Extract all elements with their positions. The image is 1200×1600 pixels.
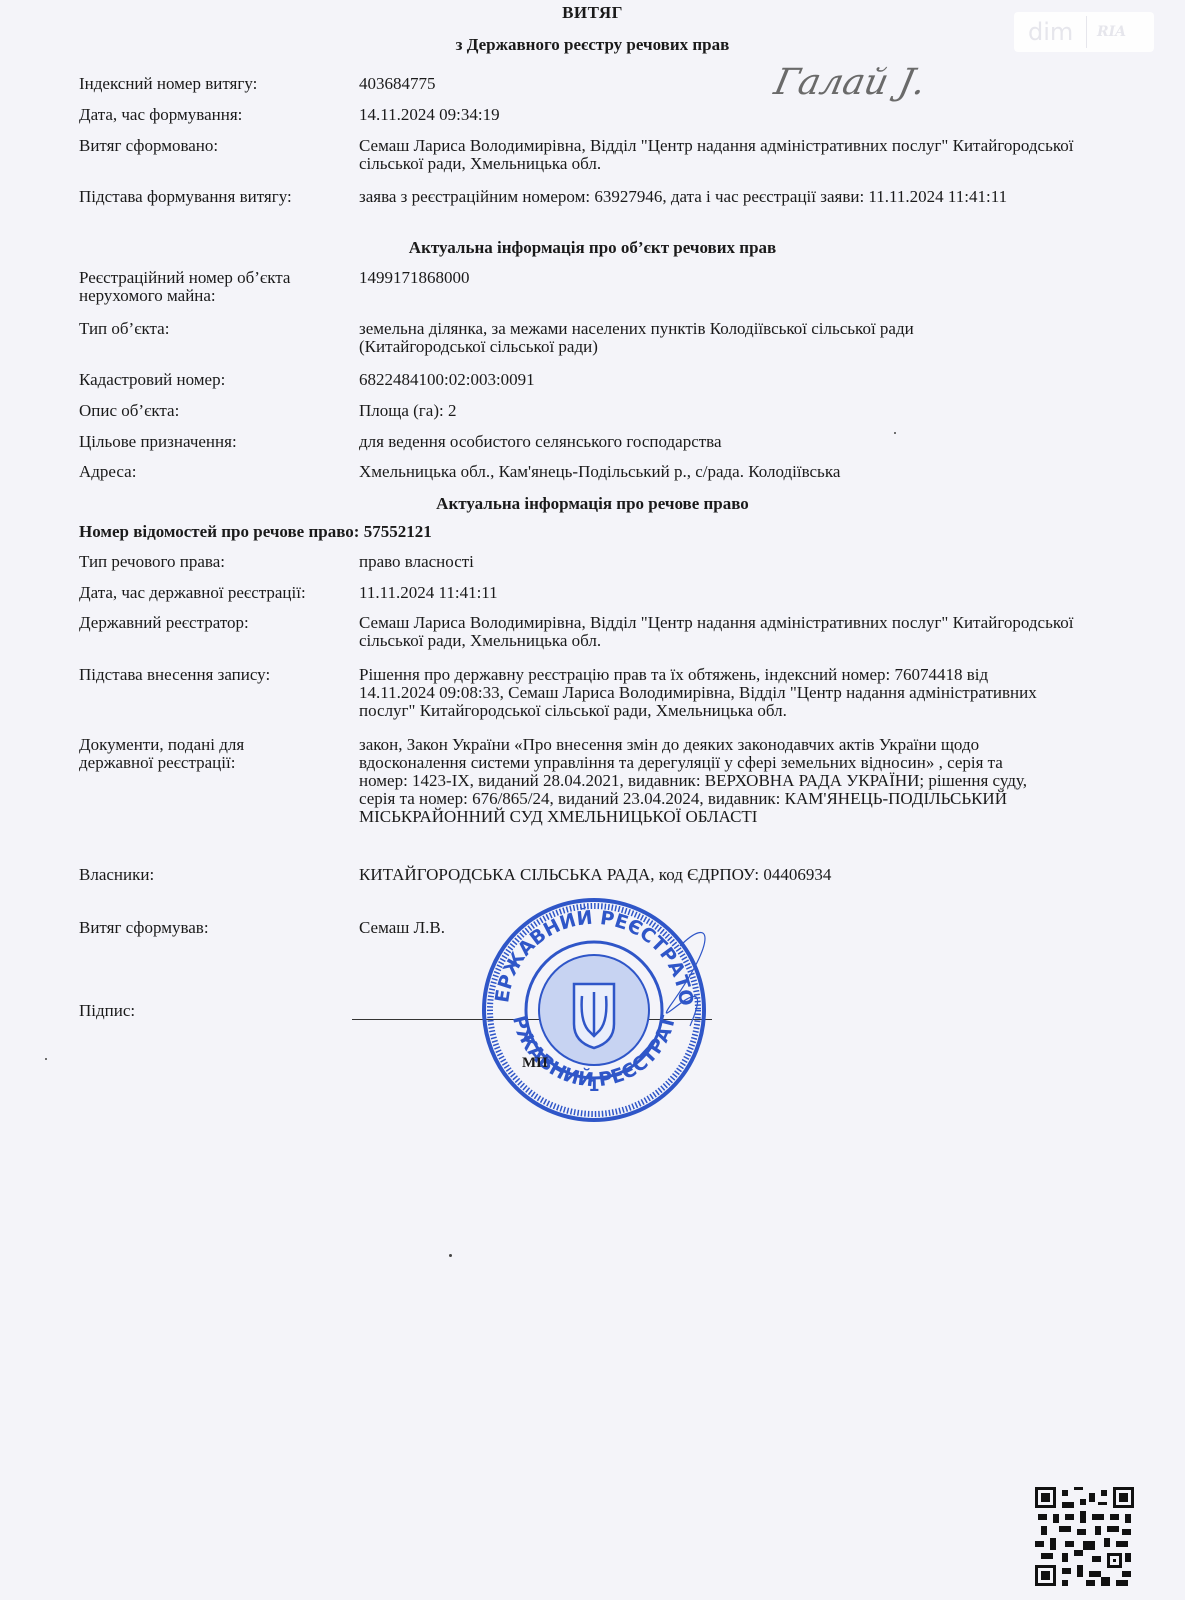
field-value: 6822484100:02:003:0091 — [359, 371, 1119, 389]
speck — [894, 432, 896, 434]
field-value: Семаш Лариса Володимирівна, Відділ "Цент… — [359, 614, 1119, 650]
svg-text:1: 1 — [588, 1076, 599, 1095]
field-label: Документи, подані для державної реєстрац… — [79, 736, 299, 772]
speck — [449, 1254, 452, 1257]
field-label: Цільове призначення: — [79, 433, 349, 451]
scan-edge — [1185, 0, 1200, 1600]
field-label: Дата, час державної реєстрації: — [79, 584, 349, 602]
field-value: Хмельницька обл., Кам'янець-Подільський … — [359, 463, 1119, 481]
formed-by-value: Семаш Л.В. — [359, 919, 1119, 937]
field-value: Семаш Лариса Володимирівна, Відділ "Цент… — [359, 137, 1119, 173]
field-value: 403684775 — [359, 75, 1119, 93]
field-value: 11.11.2024 11:41:11 — [359, 584, 1119, 602]
field-label: Власники: — [79, 866, 349, 884]
right-record-number: Номер відомостей про речове право: 57552… — [79, 522, 432, 542]
field-value: право власності — [359, 553, 1119, 571]
field-value: земельна ділянка, за межами населених пу… — [359, 320, 1039, 356]
seal-mark: МП — [522, 1055, 548, 1072]
field-label: Кадастровий номер: — [79, 371, 349, 389]
field-value: Площа (га): 2 — [359, 402, 1119, 420]
field-label: Опис об’єкта: — [79, 402, 349, 420]
signature-label: Підпис: — [79, 1002, 349, 1020]
field-value: закон, Закон України «Про внесення змін … — [359, 736, 1049, 826]
field-label: Тип об’єкта: — [79, 320, 349, 338]
formed-by-label: Витяг сформував: — [79, 919, 349, 937]
field-value: КИТАЙГОРОДСЬКА СІЛЬСЬКА РАДА, код ЄДРПОУ… — [359, 866, 1119, 884]
field-label: Підстава формування витягу: — [79, 188, 349, 206]
field-value: заява з реєстраційним номером: 63927946,… — [359, 188, 1119, 206]
field-value: 14.11.2024 09:34:19 — [359, 106, 1119, 124]
field-label: Реєстраційний номер об’єкта нерухомого м… — [79, 269, 329, 305]
object-section-title: Актуальна інформація про об’єкт речових … — [0, 238, 1185, 258]
field-label: Державний реєстратор: — [79, 614, 349, 632]
field-label: Витяг сформовано: — [79, 137, 349, 155]
qr-code-icon — [1035, 1487, 1134, 1586]
field-label: Підстава внесення запису: — [79, 666, 349, 684]
speck — [45, 1058, 47, 1060]
document-subtitle: з Державного реєстру речових прав — [0, 35, 1185, 55]
document-title: ВИТЯГ — [0, 3, 1185, 23]
field-value: Рішення про державну реєстрацію прав та … — [359, 666, 1049, 720]
field-value: для ведення особистого селянського госпо… — [359, 433, 1119, 451]
field-label: Адреса: — [79, 463, 349, 481]
field-label: Дата, час формування: — [79, 106, 349, 124]
right-section-title: Актуальна інформація про речове право — [0, 494, 1185, 514]
field-label: Індексний номер витягу: — [79, 75, 349, 93]
field-value: 1499171868000 — [359, 269, 1119, 287]
document-page: dim RIA ВИТЯГ з Державного реєстру речов… — [0, 0, 1185, 1600]
registrar-seal-icon: ДЕРЖАВНИЙ РЕЄСТРАТОР ДЕРЖАВНИЙ РЕЄСТРАТО… — [480, 896, 708, 1124]
field-label: Тип речового права: — [79, 553, 349, 571]
